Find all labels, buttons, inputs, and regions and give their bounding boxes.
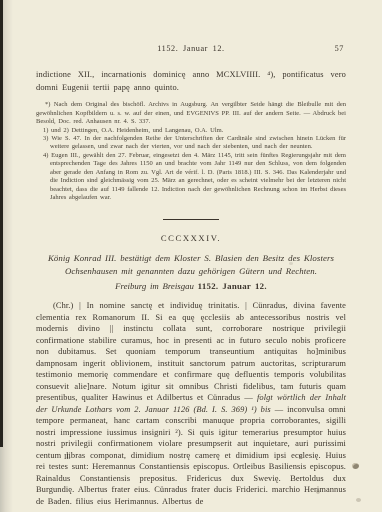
dateline-date: 1152. Januar 12. bbox=[198, 281, 267, 291]
page-number: 57 bbox=[335, 44, 344, 53]
charter-body-paragraph: (Chr.) | In nomine sanctę et individuę t… bbox=[36, 300, 346, 507]
charter-heading: König Konrad III. bestätigt dem Kloster … bbox=[42, 252, 340, 277]
page-header: 1152. Januar 12. 57 bbox=[36, 44, 346, 56]
footnote-3: 3) Wie S. 47. In der nachfolgenden Reihe… bbox=[36, 135, 346, 152]
footnote-4: 4) Eugen III., gewählt den 27. Februar, … bbox=[36, 152, 346, 203]
running-title: 1152. Januar 12. bbox=[36, 44, 346, 53]
entry-divider-rule bbox=[163, 219, 219, 220]
scan-speck bbox=[352, 463, 359, 469]
charter-text-part1: (Chr.) | In nomine sanctę et individuę t… bbox=[36, 301, 346, 402]
scan-speck bbox=[356, 498, 361, 502]
footnote-source: *) Nach dem Original des bischöfl. Archi… bbox=[36, 101, 346, 126]
page-body: 1152. Januar 12. 57 indictione XII., inc… bbox=[36, 44, 346, 512]
scan-edge-left bbox=[0, 0, 3, 447]
scanned-book-page: { "paper": { "bg": "#f0ecdb", "ink": "#3… bbox=[0, 0, 382, 512]
page-footer: II. 8 bbox=[36, 453, 346, 465]
charter-dateline: Freiburg im Breisgau 1152. Januar 12. bbox=[36, 281, 346, 291]
dateline-place: Freiburg im Breisgau bbox=[115, 281, 194, 291]
footnote-1: 1) und 2) Dettingen, O.A. Heidenheim, un… bbox=[36, 127, 346, 135]
charter-number: CCCXXXIV. bbox=[36, 233, 346, 243]
dating-clause-paragraph: indictione XII., incarnationis dominicę … bbox=[36, 69, 346, 94]
volume-signature: II. bbox=[64, 453, 71, 461]
sheet-signature: 8 bbox=[299, 453, 303, 461]
footnote-block: *) Nach dem Original des bischöfl. Archi… bbox=[36, 101, 346, 202]
